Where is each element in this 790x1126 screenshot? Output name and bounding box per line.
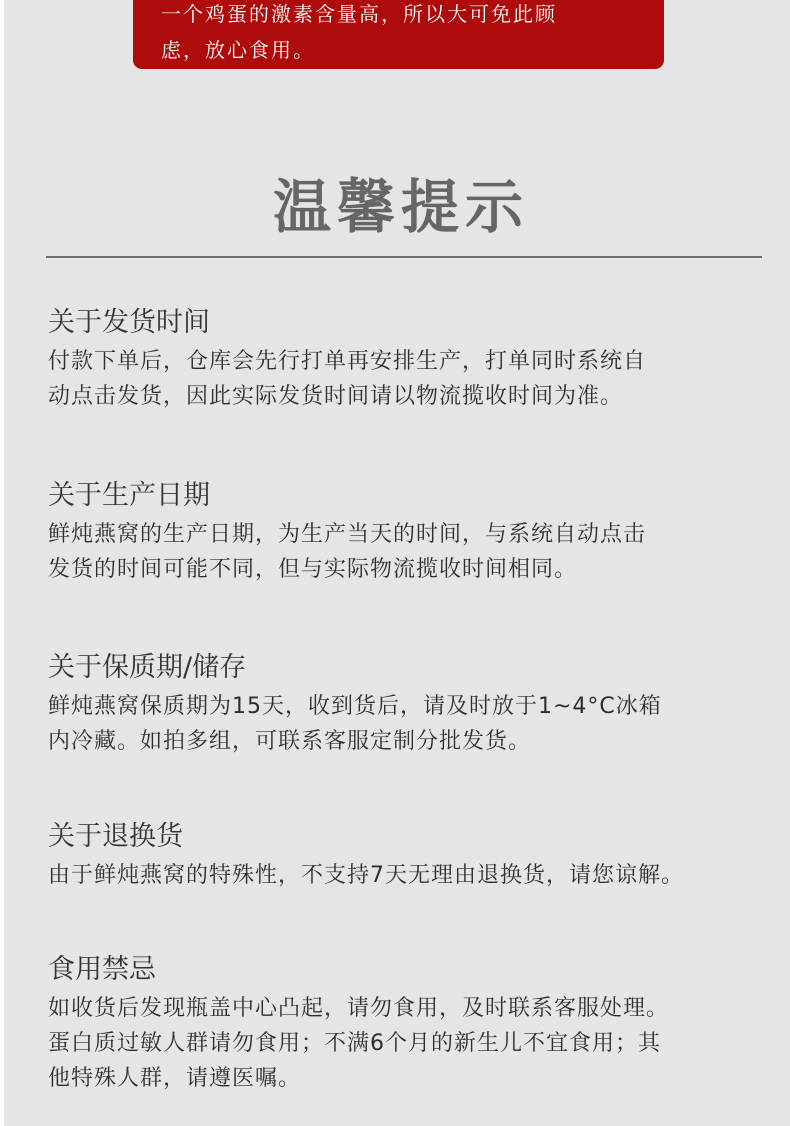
body-line: 如收货后发现瓶盖中心凸起，请勿食用，及时联系客服处理。 bbox=[48, 991, 748, 1026]
section-heading: 关于保质期/储存 bbox=[48, 651, 748, 685]
body-line: 蛋白质过敏人群请勿食用；不满6个月的新生儿不宜食用；其 bbox=[48, 1026, 748, 1061]
body-line: 内冷藏。如拍多组，可联系客服定制分批发货。 bbox=[48, 724, 748, 759]
notice-box: 一个鸡蛋的激素含量高，所以大可免此顾 虑，放心食用。 bbox=[133, 0, 664, 69]
body-line: 他特殊人群，请遵医嘱。 bbox=[48, 1061, 748, 1096]
section-contraindications: 食用禁忌 如收货后发现瓶盖中心凸起，请勿食用，及时联系客服处理。 蛋白质过敏人群… bbox=[48, 953, 748, 1096]
section-heading: 关于退换货 bbox=[48, 820, 748, 854]
title-divider bbox=[46, 256, 762, 258]
body-line: 发货的时间可能不同，但与实际物流揽收时间相同。 bbox=[48, 552, 748, 587]
notice-line: 一个鸡蛋的激素含量高，所以大可免此顾 bbox=[161, 0, 557, 27]
section-returns: 关于退换货 由于鲜炖燕窝的特殊性，不支持7天无理由退换货，请您谅解。 bbox=[48, 820, 748, 893]
section-body: 鲜炖燕窝保质期为15天，收到货后，请及时放于1~4°C冰箱 内冷藏。如拍多组，可… bbox=[48, 689, 748, 759]
section-body: 鲜炖燕窝的生产日期，为生产当天的时间，与系统自动点击 发货的时间可能不同，但与实… bbox=[48, 517, 748, 587]
body-line: 由于鲜炖燕窝的特殊性，不支持7天无理由退换货，请您谅解。 bbox=[48, 858, 748, 893]
body-line: 动点击发货，因此实际发货时间请以物流揽收时间为准。 bbox=[48, 379, 748, 414]
section-body: 付款下单后，仓库会先行打单再安排生产，打单同时系统自 动点击发货，因此实际发货时… bbox=[48, 344, 748, 414]
body-line: 付款下单后，仓库会先行打单再安排生产，打单同时系统自 bbox=[48, 344, 748, 379]
page: 一个鸡蛋的激素含量高，所以大可免此顾 虑，放心食用。 温馨提示 关于发货时间 付… bbox=[4, 0, 790, 1126]
page-title: 温馨提示 bbox=[4, 160, 790, 244]
section-shelf-life-storage: 关于保质期/储存 鲜炖燕窝保质期为15天，收到货后，请及时放于1~4°C冰箱 内… bbox=[48, 651, 748, 759]
body-line: 鲜炖燕窝的生产日期，为生产当天的时间，与系统自动点击 bbox=[48, 517, 748, 552]
section-body: 如收货后发现瓶盖中心凸起，请勿食用，及时联系客服处理。 蛋白质过敏人群请勿食用；… bbox=[48, 991, 748, 1096]
notice-line: 虑，放心食用。 bbox=[161, 34, 315, 63]
section-heading: 关于生产日期 bbox=[48, 479, 748, 513]
section-heading: 食用禁忌 bbox=[48, 953, 748, 987]
section-body: 由于鲜炖燕窝的特殊性，不支持7天无理由退换货，请您谅解。 bbox=[48, 858, 748, 893]
section-heading: 关于发货时间 bbox=[48, 306, 748, 340]
section-production-date: 关于生产日期 鲜炖燕窝的生产日期，为生产当天的时间，与系统自动点击 发货的时间可… bbox=[48, 479, 748, 587]
section-shipping-time: 关于发货时间 付款下单后，仓库会先行打单再安排生产，打单同时系统自 动点击发货，… bbox=[48, 306, 748, 414]
body-line: 鲜炖燕窝保质期为15天，收到货后，请及时放于1~4°C冰箱 bbox=[48, 689, 748, 724]
